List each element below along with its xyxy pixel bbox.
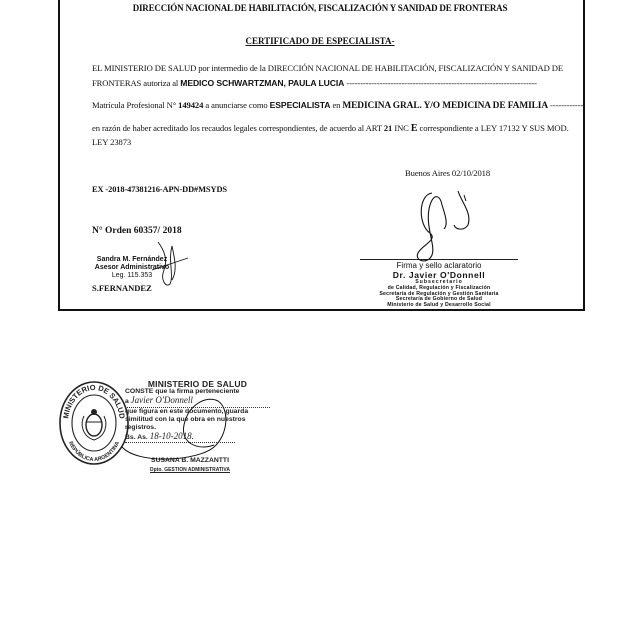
stamp-title: MINISTERIO DE SALUD: [125, 380, 270, 388]
paragraph-3-line-1: en razón de haber acreditado los recaudo…: [92, 123, 569, 134]
certificate-title: CERTIFICADO DE ESPECIALISTA-: [0, 36, 640, 46]
physician-name: MEDICO SCHWARTZMAN, PAULA LUCIA: [180, 78, 344, 88]
paragraph-2: Matrícula Profesional N° 149424 a anunci…: [92, 100, 583, 111]
order-number: N° Orden 60357/ 2018: [92, 226, 182, 236]
place-date: Buenos Aires 02/10/2018: [405, 168, 490, 178]
signature-fernandez: [150, 240, 190, 290]
license-number: 149424: [178, 100, 203, 110]
paragraph-3-line-2: LEY 23873: [92, 137, 131, 147]
specialty: MEDICINA GRAL. Y/O MEDICINA DE FAMILIA: [342, 101, 548, 111]
paragraph-1-line-2: FRONTERAS autoriza al MEDICO SCHWARTZMAN…: [92, 78, 537, 88]
svg-text:REPÚBLICA ARGENTINA: REPÚBLICA ARGENTINA: [67, 441, 121, 463]
stamp-signer-role: Dpto. GESTION ADMINISTRATIVA: [135, 466, 245, 474]
stamp-signature: [118, 395, 258, 465]
paragraph-1-line-1: EL MINISTERIO DE SALUD por intermedio de…: [92, 63, 563, 73]
signature-odonnell: [410, 185, 500, 265]
expediente-number: EX -2018-47381216-APN-DD#MSYDS: [92, 185, 227, 194]
header-title: DIRECCIÓN NACIONAL DE HABILITACIÓN, FISC…: [0, 3, 640, 13]
signature-line: [360, 259, 518, 260]
seal-bottom-text: REPÚBLICA ARGENTINA: [67, 441, 121, 463]
signature-caption: Firma y sello aclaratorio: [360, 261, 518, 270]
signatory-block: Firma y sello aclaratorio Dr. Javier O'D…: [360, 261, 518, 309]
role: ESPECIALISTA: [270, 100, 331, 110]
advisor-initials: S.FERNANDEZ: [92, 283, 152, 293]
